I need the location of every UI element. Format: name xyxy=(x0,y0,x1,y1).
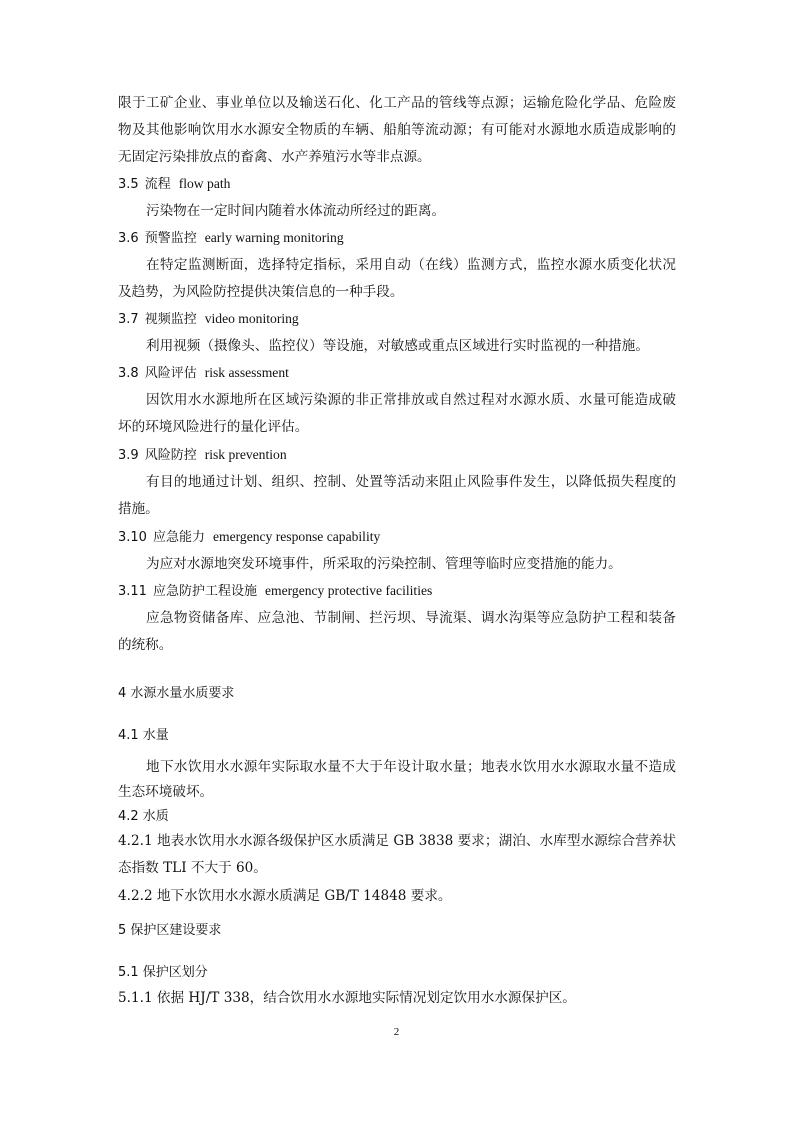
term-heading-3-10: 3.10应急能力emergency response capability xyxy=(118,527,380,547)
term-zh: 应急防护工程设施 xyxy=(153,584,257,599)
page-number: 2 xyxy=(0,1026,793,1038)
term-definition: 措施。 xyxy=(118,499,159,519)
term-definition: 有目的地通过计划、组织、控制、处置等活动来阻止风险事件发生，以降低损失程度的 xyxy=(146,472,676,492)
term-definition: 及趋势，为风险防控提供决策信息的一种手段。 xyxy=(118,282,403,302)
term-en: risk prevention xyxy=(205,447,287,462)
term-heading-3-9: 3.9风险防控risk prevention xyxy=(118,445,287,465)
paragraph-line: 生态环境破坏。 xyxy=(118,782,213,802)
term-definition: 利用视频（摄像头、监控仪）等设施，对敏感或重点区域进行实时监视的一种措施。 xyxy=(146,336,649,356)
term-definition: 为应对水源地突发环境事件，所采取的污染控制、管理等临时应变措施的能力。 xyxy=(146,554,622,574)
paragraph-line: 地下水饮用水水源年实际取水量不大于年设计取水量；地表水饮用水水源取水量不造成 xyxy=(146,757,676,777)
section-heading-5: 5 保护区建设要求 xyxy=(118,921,221,941)
clause-4-2-2: 4.2.2 地下水饮用水水源水质满足 GB/T 14848 要求。 xyxy=(118,886,452,906)
subsection-heading-4-1: 4.1 水量 xyxy=(118,726,169,746)
term-heading-3-6: 3.6预警监控early warning monitoring xyxy=(118,228,344,248)
term-number: 3.9 xyxy=(118,448,139,463)
term-number: 3.11 xyxy=(118,584,147,599)
term-definition: 应急物资储备库、应急池、节制闸、拦污坝、导流渠、调水沟渠等应急防护工程和装备 xyxy=(146,608,676,628)
term-number: 3.5 xyxy=(118,177,139,192)
term-definition: 污染物在一定时间内随着水体流动所经过的距离。 xyxy=(146,201,445,221)
term-en: emergency protective facilities xyxy=(265,583,432,598)
clause-5-1-1: 5.1.1 依据 HJ/T 338，结合饮用水水源地实际情况划定饮用水水源保护区… xyxy=(118,988,576,1008)
term-en: early warning monitoring xyxy=(205,230,344,245)
term-heading-3-11: 3.11应急防护工程设施emergency protective facilit… xyxy=(118,581,432,601)
subsection-heading-4-2: 4.2 水质 xyxy=(118,807,169,827)
term-en: risk assessment xyxy=(205,365,289,380)
term-zh: 流程 xyxy=(145,177,171,192)
term-heading-3-7: 3.7视频监控video monitoring xyxy=(118,309,299,329)
term-definition: 因饮用水水源地所在区域污染源的非正常排放或自然过程对水源水质、水量可能造成破 xyxy=(146,390,676,410)
term-number: 3.7 xyxy=(118,312,139,327)
term-definition: 坏的环境风险进行的量化评估。 xyxy=(118,417,308,437)
term-en: emergency response capability xyxy=(213,529,380,544)
term-en: flow path xyxy=(179,176,231,191)
subsection-heading-5-1: 5.1 保护区划分 xyxy=(118,963,208,983)
term-heading-3-5: 3.5流程flow path xyxy=(118,174,230,194)
term-zh: 应急能力 xyxy=(153,530,205,545)
term-definition: 在特定监测断面，选择特定指标，采用自动（在线）监测方式，监控水源水质变化状况 xyxy=(146,255,676,275)
term-zh: 风险防控 xyxy=(145,448,197,463)
term-heading-3-8: 3.8风险评估risk assessment xyxy=(118,363,289,383)
paragraph-line: 限于工矿企业、事业单位以及输送石化、化工产品的管线等点源；运输危险化学品、危险废 xyxy=(118,93,676,113)
clause-4-2-1-cont: 态指数 TLI 不大于 60。 xyxy=(118,858,267,878)
term-zh: 视频监控 xyxy=(145,312,197,327)
paragraph-line: 物及其他影响饮用水水源安全物质的车辆、船舶等流动源；有可能对水源地水质造成影响的 xyxy=(118,120,676,140)
term-number: 3.10 xyxy=(118,530,147,545)
paragraph-line: 无固定污染排放点的畜禽、水产养殖污水等非点源。 xyxy=(118,147,431,167)
term-number: 3.6 xyxy=(118,231,139,246)
term-zh: 风险评估 xyxy=(145,366,197,381)
term-number: 3.8 xyxy=(118,366,139,381)
clause-4-2-1: 4.2.1 地表水饮用水水源各级保护区水质满足 GB 3838 要求；湖泊、水库… xyxy=(118,831,676,851)
section-heading-4: 4 水源水量水质要求 xyxy=(118,684,234,704)
term-definition: 的统称。 xyxy=(118,635,172,655)
term-en: video monitoring xyxy=(205,311,299,326)
term-zh: 预警监控 xyxy=(145,231,197,246)
